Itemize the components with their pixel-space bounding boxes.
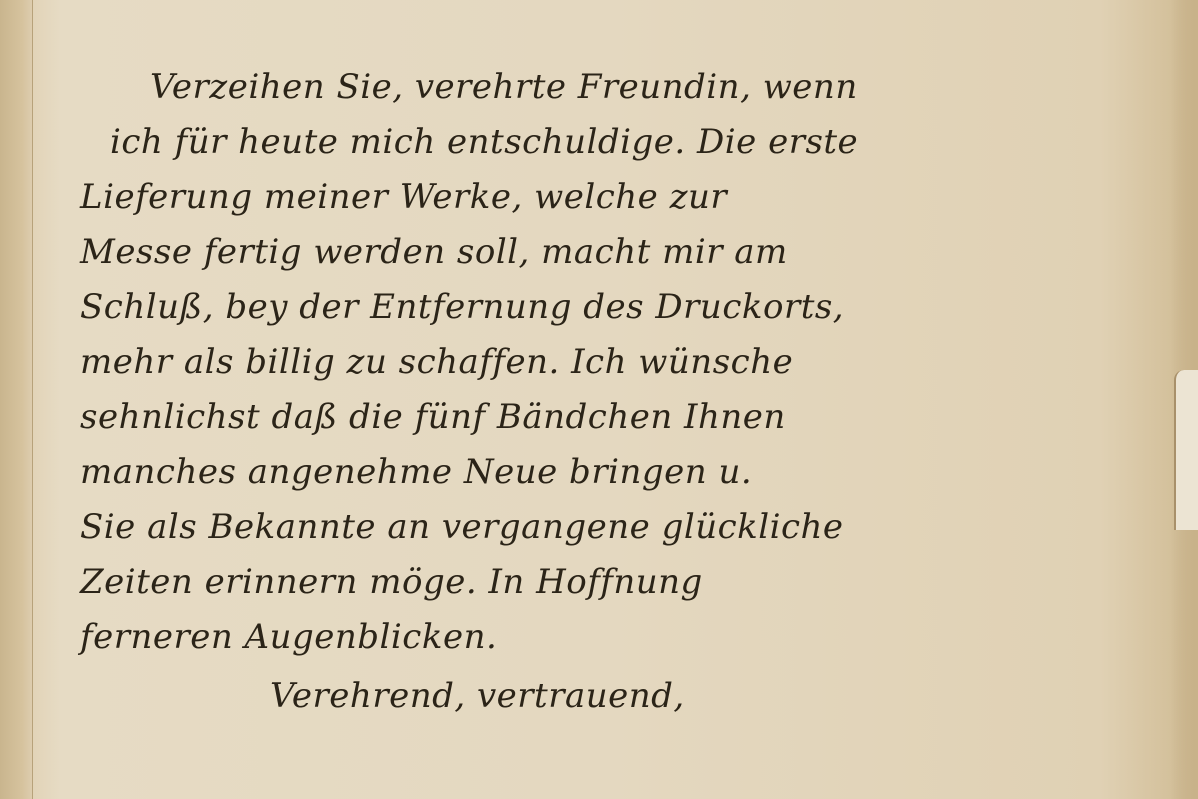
letter-line-10: Zeiten erinnern möge. In Hoffnung	[80, 555, 1160, 610]
letter-line-3: Lieferung meiner Werke, welche zur	[80, 170, 1160, 225]
letter-line-8: manches angenehme Neue bringen u.	[80, 445, 1160, 500]
letter-closing: Verehrend, vertrauend,	[80, 669, 1160, 724]
letter-page: Verzeihen Sie, verehrte Freundin, wenn i…	[0, 0, 1198, 799]
letter-body: Verzeihen Sie, verehrte Freundin, wenn i…	[80, 60, 1160, 724]
paper-tear	[1174, 370, 1198, 530]
letter-line-6: mehr als billig zu schaffen. Ich wünsche	[80, 335, 1160, 390]
letter-line-1: Verzeihen Sie, verehrte Freundin, wenn	[80, 60, 1160, 115]
letter-line-5: Schluß, bey der Entfernung des Druckorts…	[80, 280, 1160, 335]
letter-line-11: ferneren Augenblicken.	[80, 610, 1160, 665]
page-fold-left	[0, 0, 33, 799]
letter-line-7: sehnlichst daß die fünf Bändchen Ihnen	[80, 390, 1160, 445]
letter-line-2: ich für heute mich entschuldige. Die ers…	[80, 115, 1160, 170]
letter-line-9: Sie als Bekannte an vergangene glücklich…	[80, 500, 1160, 555]
letter-line-4: Messe fertig werden soll, macht mir am	[80, 225, 1160, 280]
